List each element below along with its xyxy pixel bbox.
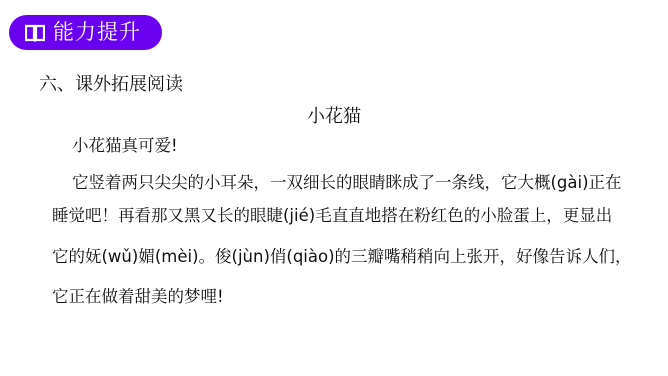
badge-label: 能力提升	[53, 22, 141, 43]
section-title: 六、课外拓展阅读	[39, 70, 183, 96]
paragraph-2-line-4: 它正在做着甜美的梦哩!	[52, 289, 224, 306]
paragraph-2-line-3: 它的妩(wǔ)媚(mèi)。俊(jùn)俏(qiào)的三瓣嘴稍稍向上张开，好像…	[52, 249, 632, 266]
paragraph-2-line-1: 它竖着两只尖尖的小耳朵，一双细长的眼睛眯成了一条线，它大概(gài)正在	[72, 175, 622, 192]
ability-improvement-badge: 能力提升	[9, 15, 162, 50]
paragraph-1-line-1: 小花猫真可爱!	[72, 138, 178, 155]
book-open-icon	[25, 24, 45, 42]
story-title: 小花猫	[0, 102, 668, 128]
paragraph-2-line-2: 睡觉吧！再看那又黑又长的眼睫(jié)毛直直地搭在粉红色的小脸蛋上，更显出	[52, 208, 612, 225]
